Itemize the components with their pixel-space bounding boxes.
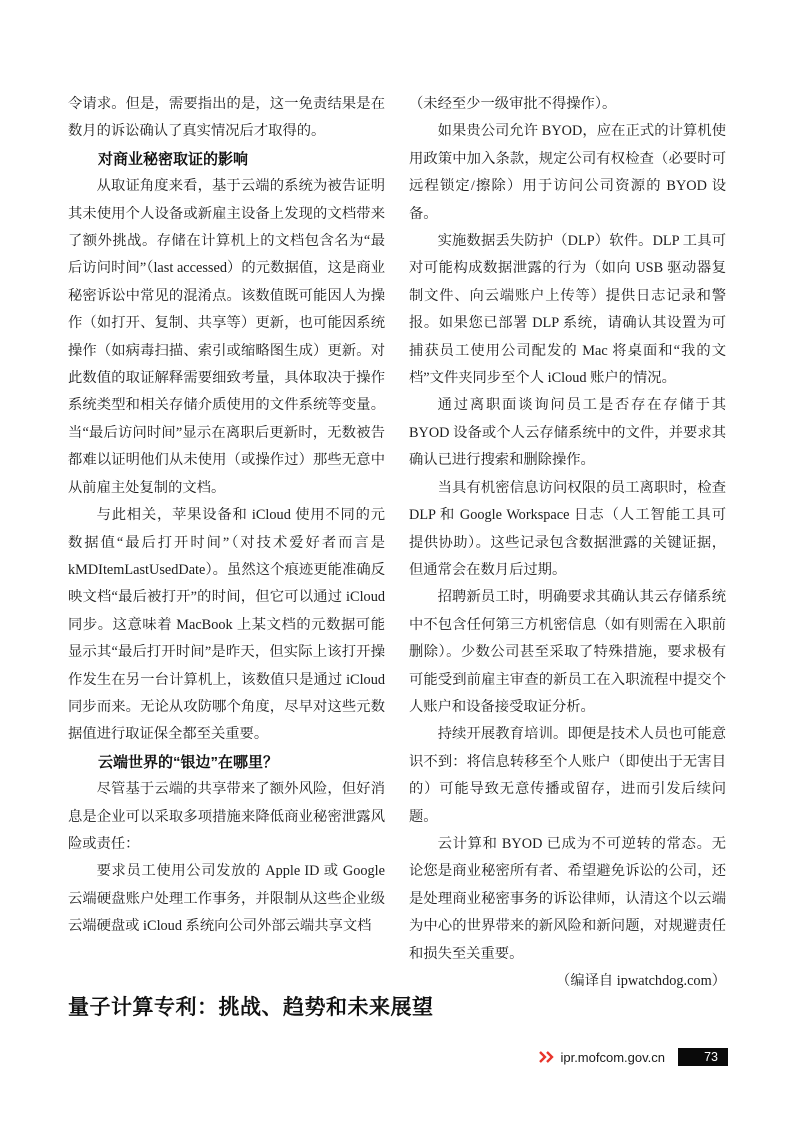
paragraph: 招聘新员工时，明确要求其确认其云存储系统中不包含任何第三方机密信息（如有则需在入… bbox=[409, 584, 726, 721]
section-heading: 对商业秘密取证的影响 bbox=[68, 146, 385, 173]
paragraph: 实施数据丢失防护（DLP）软件。DLP 工具可对可能构成数据泄露的行为（如向 U… bbox=[409, 228, 726, 392]
footer-site-url: ipr.mofcom.gov.cn bbox=[560, 1050, 665, 1065]
paragraph: （未经至少一级审批不得操作）。 bbox=[409, 91, 726, 118]
paragraph: 令请求。但是，需要指出的是，这一免责结果是在数月的诉讼确认了真实情况后才取得的。 bbox=[68, 91, 385, 146]
paragraph: 当具有机密信息访问权限的员工离职时，检查 DLP 和 Google Worksp… bbox=[409, 475, 726, 585]
paragraph: 如果贵公司允许 BYOD，应在正式的计算机使用政策中加入条款，规定公司有权检查（… bbox=[409, 118, 726, 228]
article-body: 令请求。但是，需要指出的是，这一免责结果是在数月的诉讼确认了真实情况后才取得的。… bbox=[68, 91, 726, 995]
next-article-title: 量子计算专利：挑战、趋势和未来展望 bbox=[68, 991, 726, 1021]
page-number-badge: 73 bbox=[678, 1048, 728, 1066]
paragraph: 尽管基于云端的共享带来了额外风险，但好消息是企业可以采取多项措施来降低商业秘密泄… bbox=[68, 776, 385, 858]
paragraph: 持续开展教育培训。即便是技术人员也可能意识不到：将信息转移至个人账户（即使出于无… bbox=[409, 721, 726, 831]
magazine-page: 令请求。但是，需要指出的是，这一免责结果是在数月的诉讼确认了真实情况后才取得的。… bbox=[0, 0, 794, 1122]
paragraph: 要求员工使用公司发放的 Apple ID 或 Google 云端硬盘账户处理工作… bbox=[68, 858, 385, 940]
paragraph: 从取证角度来看，基于云端的系统为被告证明其未使用个人设备或新雇主设备上发现的文档… bbox=[68, 173, 385, 502]
paragraph: 与此相关，苹果设备和 iCloud 使用不同的元数据值“最后打开时间”（对技术爱… bbox=[68, 502, 385, 749]
section-heading: 云端世界的“银边”在哪里？ bbox=[68, 749, 385, 776]
article-column-left: 令请求。但是，需要指出的是，这一免责结果是在数月的诉讼确认了真实情况后才取得的。… bbox=[68, 91, 385, 995]
paragraph: 通过离职面谈询问员工是否存在存储于其 BYOD 设备或个人云存储系统中的文件，并… bbox=[409, 392, 726, 474]
double-chevron-right-icon bbox=[538, 1050, 555, 1064]
page-footer: ipr.mofcom.gov.cn 73 bbox=[0, 1046, 728, 1068]
paragraph: 云计算和 BYOD 已成为不可逆转的常态。无论您是商业秘密所有者、希望避免诉讼的… bbox=[409, 831, 726, 968]
article-column-right: （未经至少一级审批不得操作）。如果贵公司允许 BYOD，应在正式的计算机使用政策… bbox=[409, 91, 726, 995]
